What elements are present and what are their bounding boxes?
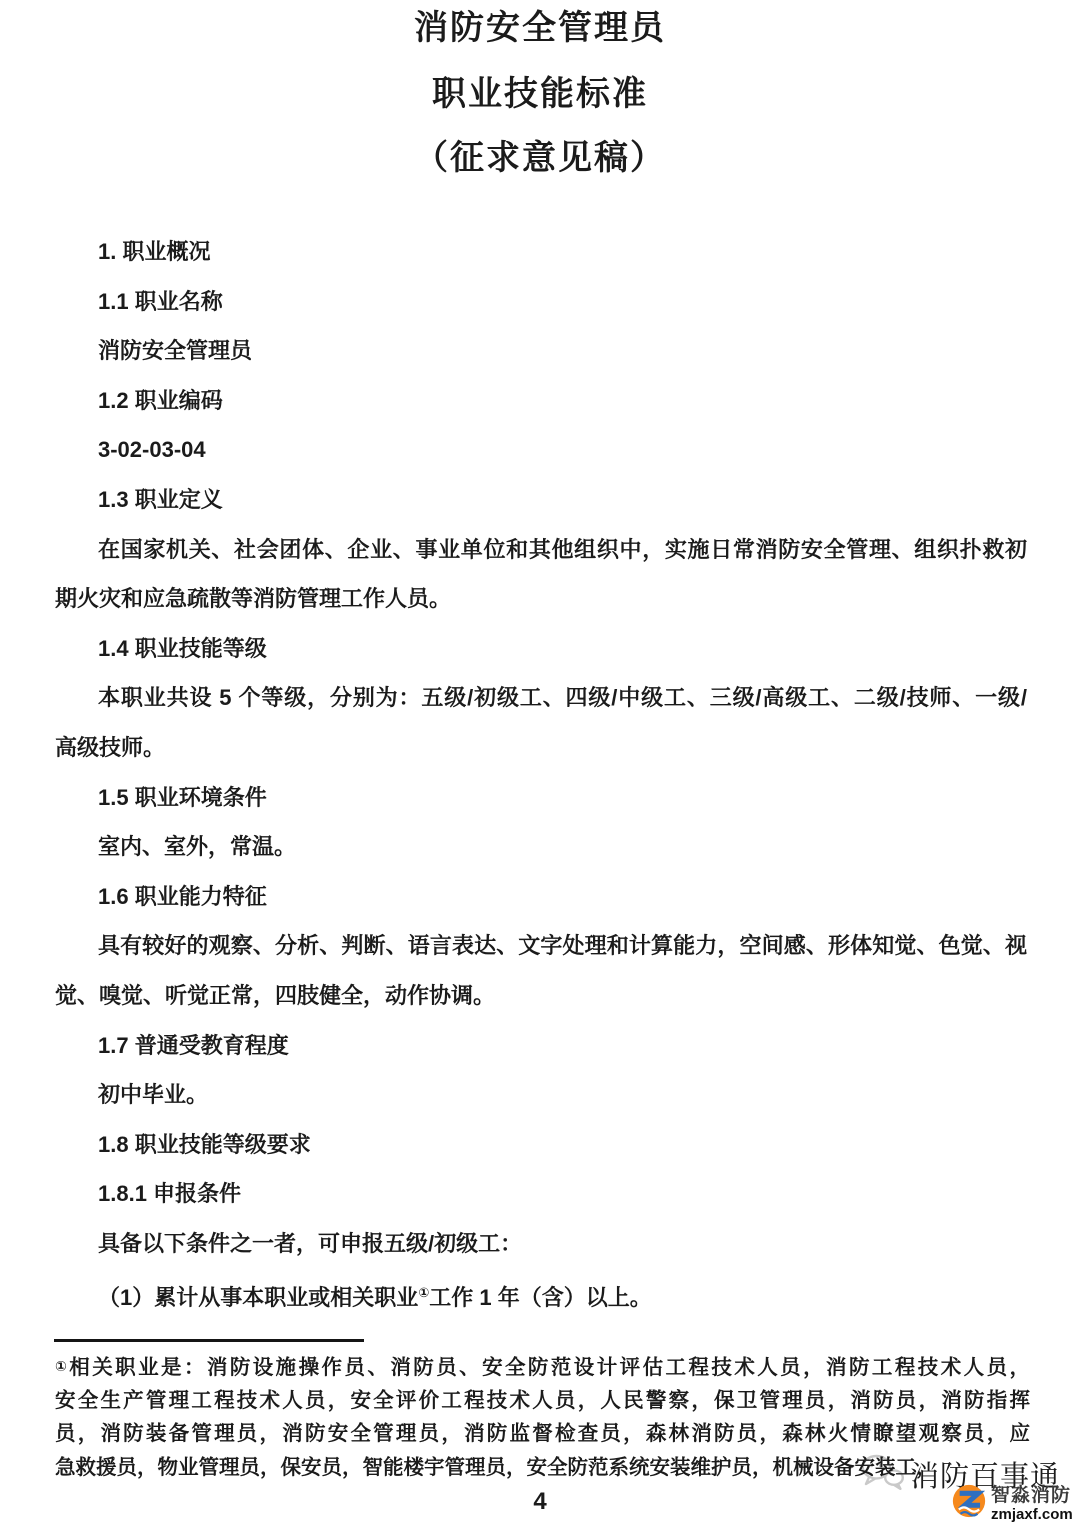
body-line: 1.2 职业编码 — [55, 376, 1027, 426]
body-line: 1.1 职业名称 — [55, 277, 1027, 327]
body-line: 1.6 职业能力特征 — [55, 872, 1027, 922]
logo-brand-text: 智淼消防 — [991, 1486, 1073, 1505]
footnote-divider — [54, 1339, 364, 1342]
zhimiao-logo-icon — [952, 1484, 986, 1523]
body-line: 1.5 职业环境条件 — [55, 773, 1027, 823]
footnote-reference-mark: ① — [418, 1285, 429, 1300]
body-line: 1.7 普通受教育程度 — [55, 1021, 1027, 1071]
document-page: 消防安全管理员 职业技能标准 （征求意见稿） 1. 职业概况1.1 职业名称消防… — [0, 0, 1080, 1525]
document-title: 消防安全管理员 — [0, 8, 1080, 48]
document-subtitle: 职业技能标准 — [0, 74, 1080, 114]
body-line: 高级技师。 — [55, 723, 1027, 773]
logo-domain-text: zmjaxf.com — [991, 1507, 1073, 1522]
body-line: 1.8 职业技能等级要求 — [55, 1120, 1027, 1170]
body-line: 觉、嗅觉、听觉正常，四肢健全，动作协调。 — [55, 971, 1027, 1021]
document-body: 1. 职业概况1.1 职业名称消防安全管理员1.2 职业编码3-02-03-04… — [55, 227, 1027, 1318]
zmjaxf-logo: 智淼消防 zmjaxf.com — [952, 1484, 1073, 1523]
body-line: 在国家机关、社会团体、企业、事业单位和其他组织中，实施日常消防安全管理、组织扑救… — [55, 525, 1027, 575]
body-line: 室内、室外，常温。 — [55, 822, 1027, 872]
body-line: 1.4 职业技能等级 — [55, 624, 1027, 674]
footnote-line: ①相关职业是：消防设施操作员、消防员、安全防范设计评估工程技术人员，消防工程技术… — [55, 1350, 1030, 1384]
document-draft-label: （征求意见稿） — [0, 138, 1080, 178]
body-line: 1. 职业概况 — [55, 227, 1027, 277]
footnote: ①相关职业是：消防设施操作员、消防员、安全防范设计评估工程技术人员，消防工程技术… — [55, 1350, 1030, 1484]
body-line: 本职业共设 5 个等级，分别为：五级/初级工、四级/中级工、三级/高级工、二级/… — [55, 673, 1027, 723]
body-line: 1.8.1 申报条件 — [55, 1169, 1027, 1219]
footnote-line: 急救援员，物业管理员，保安员，智能楼宇管理员，安全防范系统安装维护员，机械设备安… — [55, 1451, 1030, 1485]
body-line: 3-02-03-04 — [55, 425, 1027, 475]
body-line: 初中毕业。 — [55, 1070, 1027, 1120]
footnote-line: 员，消防装备管理员，消防安全管理员，消防监督检查员，森林消防员，森林火情瞭望观察… — [55, 1417, 1030, 1451]
body-line: 1.3 职业定义 — [55, 475, 1027, 525]
body-line: 具备以下条件之一者，可申报五级/初级工： — [55, 1219, 1027, 1269]
body-line: 期火灾和应急疏散等消防管理工作人员。 — [55, 574, 1027, 624]
footnote-line: 安全生产管理工程技术人员，安全评价工程技术人员，人民警察，保卫管理员，消防员，消… — [55, 1384, 1030, 1418]
body-line: （1）累计从事本职业或相关职业①工作 1 年（含）以上。 — [55, 1268, 1027, 1318]
body-line: 消防安全管理员 — [55, 326, 1027, 376]
footnote-marker: ① — [55, 1358, 69, 1374]
body-line: 具有较好的观察、分析、判断、语言表达、文字处理和计算能力，空间感、形体知觉、色觉… — [55, 921, 1027, 971]
